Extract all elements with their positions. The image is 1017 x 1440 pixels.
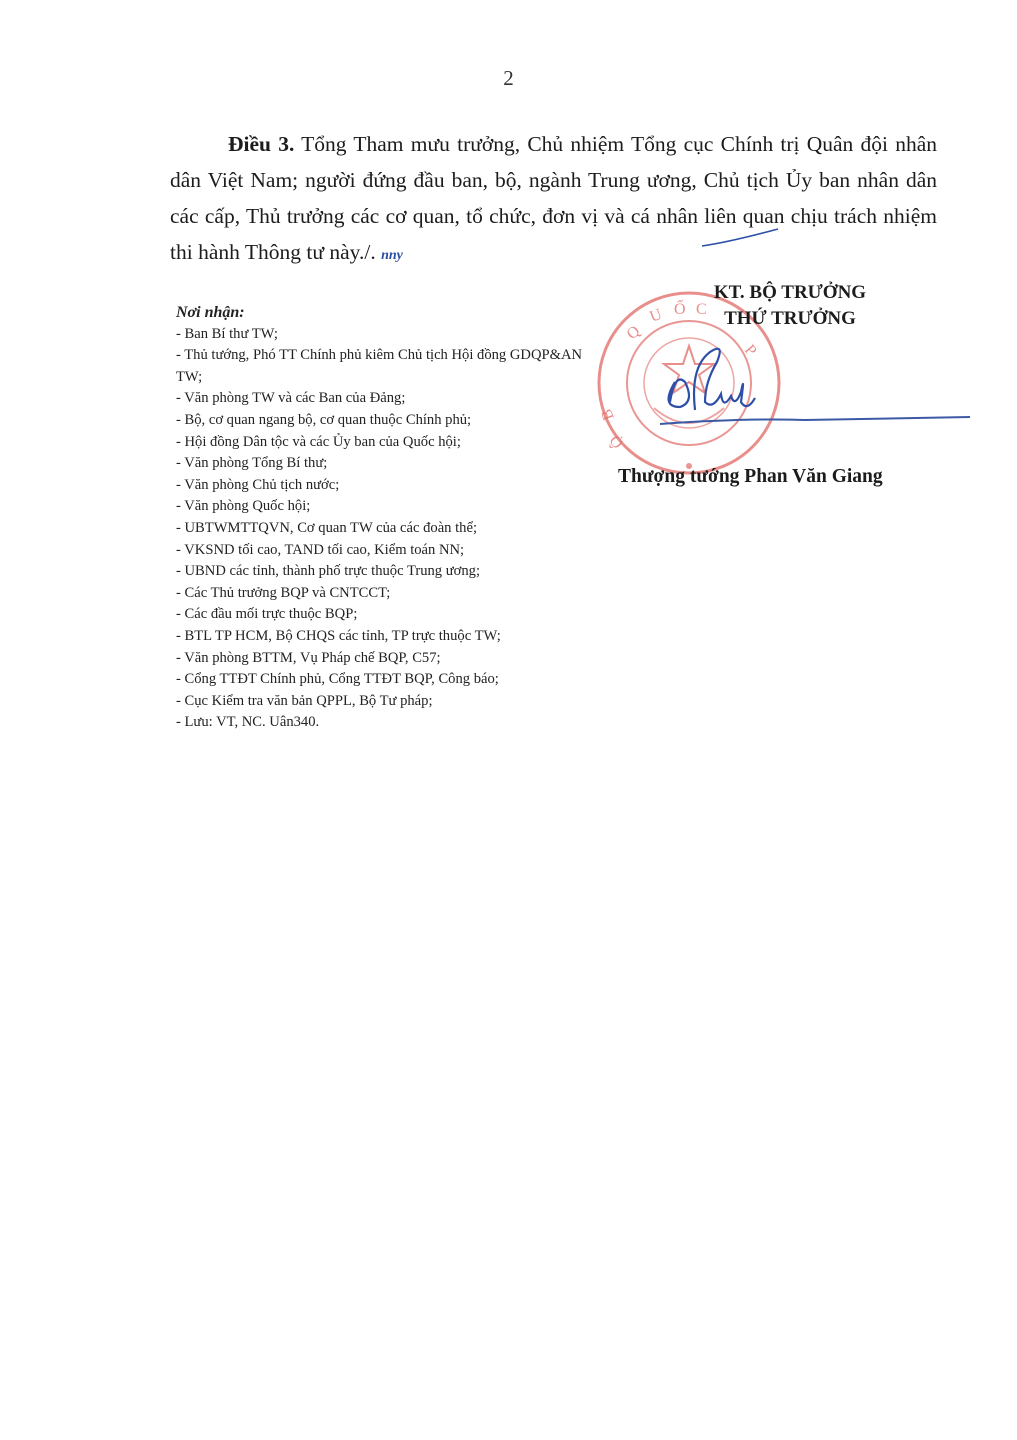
recipient-item: - UBTWMTTQVN, Cơ quan TW của các đoàn th… bbox=[176, 518, 596, 540]
signature-block: Q U Ố C P B Ộ KT. BỘ TRƯỞNG THỨ TRƯỞNG T… bbox=[600, 282, 960, 502]
signature-title: KT. BỘ TRƯỞNG bbox=[690, 282, 890, 304]
handwritten-signature-icon bbox=[655, 332, 975, 442]
svg-text:Q: Q bbox=[624, 322, 644, 343]
recipients-block: Nơi nhận: - Ban Bí thư TW;- Thủ tướng, P… bbox=[176, 302, 596, 734]
recipient-item: - Văn phòng Chủ tịch nước; bbox=[176, 475, 596, 497]
article-heading: Điều 3. bbox=[228, 132, 294, 156]
recipient-item: - Hội đồng Dân tộc và các Ủy ban của Quố… bbox=[176, 432, 596, 454]
svg-text:U: U bbox=[648, 306, 665, 326]
svg-text:B: B bbox=[598, 407, 618, 423]
recipient-item: - Văn phòng Tổng Bí thư; bbox=[176, 453, 596, 475]
signer-name: Thượng tướng Phan Văn Giang bbox=[618, 466, 958, 488]
signature-subtitle: THỨ TRƯỞNG bbox=[690, 308, 890, 330]
recipient-item: - Lưu: VT, NC. Uân340. bbox=[176, 712, 596, 734]
article-paragraph: Điều 3. Tổng Tham mưu trưởng, Chủ nhiệm … bbox=[170, 126, 937, 274]
recipient-item: - Các đầu mối trực thuộc BQP; bbox=[176, 604, 596, 626]
recipient-item: - Văn phòng TW và các Ban của Đảng; bbox=[176, 388, 596, 410]
page-number: 2 bbox=[0, 66, 1017, 91]
recipient-item: - Thủ tướng, Phó TT Chính phủ kiêm Chủ t… bbox=[176, 345, 596, 388]
recipient-item: - Cục Kiểm tra văn bản QPPL, Bộ Tư pháp; bbox=[176, 691, 596, 713]
recipient-item: - BTL TP HCM, Bộ CHQS các tỉnh, TP trực … bbox=[176, 626, 596, 648]
recipients-list: - Ban Bí thư TW;- Thủ tướng, Phó TT Chín… bbox=[176, 324, 596, 734]
recipient-item: - Bộ, cơ quan ngang bộ, cơ quan thuộc Ch… bbox=[176, 410, 596, 432]
initial-mark: nny bbox=[381, 248, 403, 263]
recipient-item: - Cổng TTĐT Chính phủ, Cổng TTĐT BQP, Cô… bbox=[176, 669, 596, 691]
recipients-title: Nơi nhận: bbox=[176, 302, 596, 324]
recipient-item: - Ban Bí thư TW; bbox=[176, 324, 596, 346]
initial-stroke-icon bbox=[700, 226, 780, 250]
recipient-item: - UBND các tỉnh, thành phố trực thuộc Tr… bbox=[176, 561, 596, 583]
article-3: Điều 3. Tổng Tham mưu trưởng, Chủ nhiệm … bbox=[170, 126, 937, 274]
recipient-item: - Văn phòng BTTM, Vụ Pháp chế BQP, C57; bbox=[176, 648, 596, 670]
svg-text:Ộ: Ộ bbox=[605, 432, 627, 453]
svg-text:Ố: Ố bbox=[674, 299, 686, 318]
recipient-item: - Các Thủ trưởng BQP và CNTCCT; bbox=[176, 583, 596, 605]
recipient-item: - VKSND tối cao, TAND tối cao, Kiểm toán… bbox=[176, 540, 596, 562]
recipient-item: - Văn phòng Quốc hội; bbox=[176, 496, 596, 518]
